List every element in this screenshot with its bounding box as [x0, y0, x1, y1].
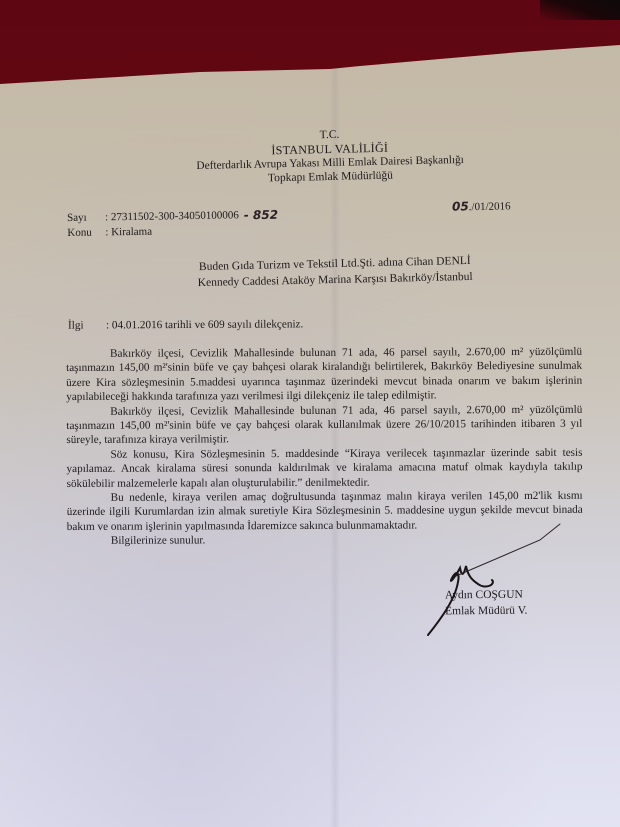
reference-ilgi: İlgi : 04.01.2016 tarihli ve 609 sayılı …	[68, 318, 303, 331]
letter-body: Bakırköy ilçesi, Cevizlik Mahallesinde b…	[66, 345, 583, 549]
body-paragraph: Bakırköy ilçesi, Cevizlik Mahallesinde b…	[66, 402, 582, 447]
sayi-value: : 27311502-300-34050100006	[105, 208, 239, 225]
sayi-label: Sayı	[67, 210, 105, 226]
body-paragraph: Söz konusu, Kira Sözleşmesinin 5. maddes…	[66, 446, 582, 491]
date-printed: ./01/2016	[469, 200, 511, 213]
handwritten-signature-icon	[400, 520, 600, 640]
ilgi-value: : 04.01.2016 tarihli ve 609 sayılı dilek…	[106, 318, 303, 331]
konu-label: Konu	[67, 225, 105, 241]
body-paragraph: Bakırköy ilçesi, Cevizlik Mahallesinde b…	[66, 345, 582, 405]
konu-value: : Kiralama	[105, 225, 152, 241]
date-handwritten-day: 05	[452, 199, 469, 213]
document-date: 05./01/2016	[452, 198, 511, 213]
ilgi-label: İlgi	[68, 319, 106, 331]
dark-corner	[540, 0, 620, 20]
letterhead: T.C. İSTANBUL VALİLİĞİ Defterdarlık Avru…	[169, 124, 490, 187]
sayi-handwritten: - 852	[244, 208, 278, 224]
reference-block: Sayı : 27311502-300-34050100006 - 852 Ko…	[67, 208, 278, 241]
